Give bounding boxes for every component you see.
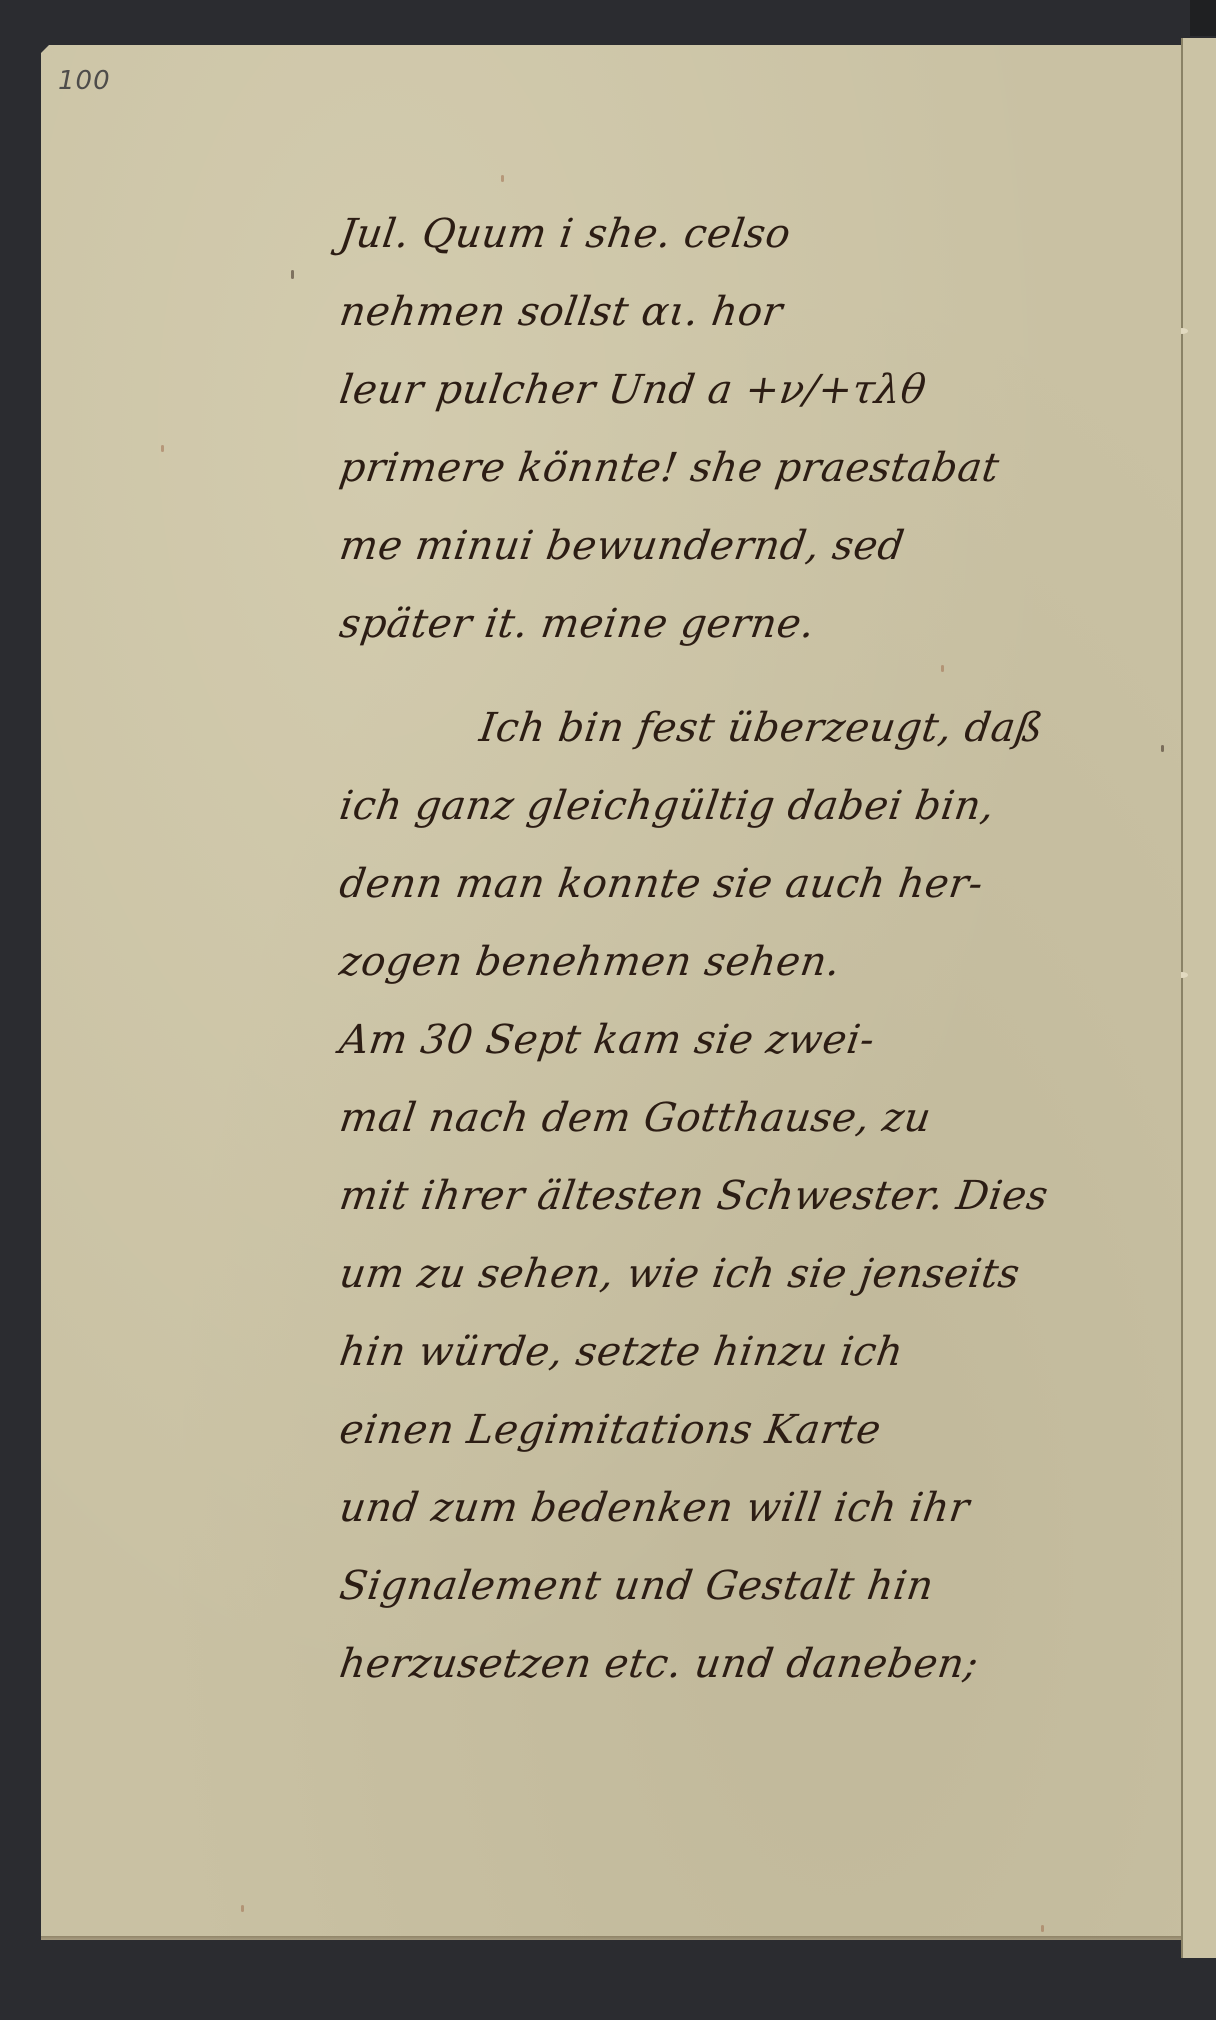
book-spine: [1190, 0, 1216, 36]
text-line: hin würde, setzte hinzu ich: [335, 1313, 1166, 1391]
paper-fleck: [501, 175, 504, 182]
text-line: nehmen sollst αι. hor: [335, 273, 1166, 351]
text-line: denn man konnte sie auch her-: [335, 845, 1166, 923]
text-line: Jul. Quum i she. celso: [335, 195, 1166, 273]
text-line: herzusetzen etc. und daneben;: [335, 1625, 1166, 1703]
handwritten-text: Jul. Quum i she. celso nehmen sollst αι.…: [340, 195, 1160, 1703]
facing-page-edge: [1181, 38, 1216, 1958]
paper-fleck: [161, 445, 164, 452]
ink-speck: [291, 270, 294, 279]
ink-speck: [1161, 745, 1164, 752]
text-line: Am 30 Sept kam sie zwei-: [335, 1001, 1166, 1079]
text-line: me minui bewundernd, sed: [335, 507, 1166, 585]
text-line: einen Legimitations Karte: [335, 1391, 1166, 1469]
text-line: Signalement und Gestalt hin: [335, 1547, 1166, 1625]
text-line: um zu sehen, wie ich sie jenseits: [335, 1235, 1166, 1313]
text-line: später it. meine gerne.: [335, 585, 1166, 663]
paper-fleck: [1041, 1925, 1044, 1932]
text-line: mit ihrer ältesten Schwester. Dies: [335, 1157, 1166, 1235]
folio-number: 100: [58, 66, 111, 96]
text-line: zogen benehmen sehen.: [335, 923, 1166, 1001]
text-line: ich ganz gleichgültig dabei bin,: [335, 767, 1166, 845]
text-line: mal nach dem Gotthause, zu: [335, 1079, 1166, 1157]
text-line: und zum bedenken will ich ihr: [335, 1469, 1166, 1547]
text-line: primere könnte! she praestabat: [335, 429, 1166, 507]
paper-fleck: [241, 1905, 244, 1912]
paragraph-start-line: Ich bin fest überzeugt, daß: [335, 689, 1166, 767]
text-line: leur pulcher Und a +ν/+τλθ: [335, 351, 1166, 429]
